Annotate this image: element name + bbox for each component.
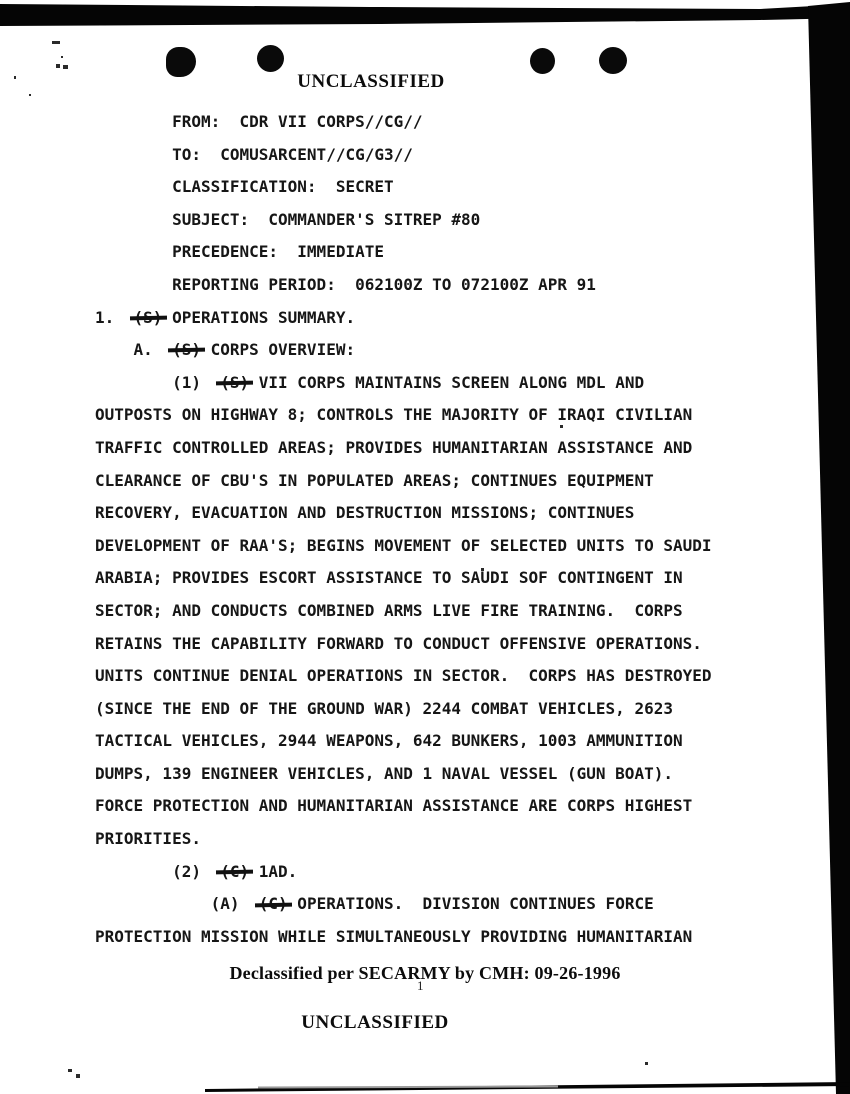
document-line: ARABIA; PROVIDES ESCORT ASSISTANCE TO SA…	[95, 562, 712, 595]
document-line: PRIORITIES.	[95, 823, 712, 856]
document-line: TO: COMUSARCENT//CG/G3//	[95, 139, 712, 172]
line-text: DEVELOPMENT OF RAA'S; BEGINS MOVEMENT OF…	[95, 536, 712, 555]
line-text: RETAINS THE CAPABILITY FORWARD TO CONDUC…	[95, 634, 702, 653]
scan-speckle	[63, 65, 68, 69]
document-line: TACTICAL VEHICLES, 2944 WEAPONS, 642 BUN…	[95, 725, 712, 758]
classification-marking: (C)	[259, 888, 288, 921]
classification-marking: (S)	[172, 334, 201, 367]
classification-marking: (S)	[220, 367, 249, 400]
scan-speckle	[61, 56, 63, 58]
line-text: (A)	[95, 894, 259, 913]
line-text: TACTICAL VEHICLES, 2944 WEAPONS, 642 BUN…	[95, 731, 683, 750]
line-text: 1AD.	[249, 862, 297, 881]
line-text: PRIORITIES.	[95, 829, 201, 848]
hole-punch-mark	[257, 45, 284, 72]
line-text: UNITS CONTINUE DENIAL OPERATIONS IN SECT…	[95, 666, 712, 685]
document-page: UNCLASSIFIED FROM: CDR VII CORPS//CG// T…	[0, 0, 850, 1094]
document-line: (A) (C) OPERATIONS. DIVISION CONTINUES F…	[95, 888, 712, 921]
line-text: (1)	[95, 373, 220, 392]
scan-edge-top	[0, 0, 850, 30]
bottom-classification-banner: UNCLASSIFIED	[0, 1012, 750, 1034]
document-line: 1. (S) OPERATIONS SUMMARY.	[95, 302, 712, 335]
line-text: FORCE PROTECTION AND HUMANITARIAN ASSIST…	[95, 796, 692, 815]
document-line: CLASSIFICATION: SECRET	[95, 171, 712, 204]
document-line: REPORTING PERIOD: 062100Z TO 072100Z APR…	[95, 269, 712, 302]
line-text: OUTPOSTS ON HIGHWAY 8; CONTROLS THE MAJO…	[95, 405, 692, 424]
line-text: SECTOR; AND CONDUCTS COMBINED ARMS LIVE …	[95, 601, 683, 620]
document-line: RECOVERY, EVACUATION AND DESTRUCTION MIS…	[95, 497, 712, 530]
line-text: CORPS OVERVIEW:	[201, 340, 355, 359]
line-text: TO: COMUSARCENT//CG/G3//	[95, 145, 413, 164]
line-text: CLASSIFICATION: SECRET	[95, 177, 394, 196]
line-text: ARABIA; PROVIDES ESCORT ASSISTANCE TO SA…	[95, 568, 683, 587]
line-text: SUBJECT: COMMANDER'S SITREP #80	[95, 210, 480, 229]
document-line: (1) (S) VII CORPS MAINTAINS SCREEN ALONG…	[95, 367, 712, 400]
declassification-stamp: Declassified per SECARMY by CMH: 09-26-1…	[0, 963, 850, 984]
document-line: SECTOR; AND CONDUCTS COMBINED ARMS LIVE …	[95, 595, 712, 628]
classification-marking: (C)	[220, 856, 249, 889]
classification-marking: (S)	[134, 302, 163, 335]
document-line: DEVELOPMENT OF RAA'S; BEGINS MOVEMENT OF…	[95, 530, 712, 563]
line-text: CLEARANCE OF CBU'S IN POPULATED AREAS; C…	[95, 471, 654, 490]
document-line: UNITS CONTINUE DENIAL OPERATIONS IN SECT…	[95, 660, 712, 693]
scan-speckle	[68, 1069, 72, 1072]
document-line: CLEARANCE OF CBU'S IN POPULATED AREAS; C…	[95, 465, 712, 498]
document-line: SUBJECT: COMMANDER'S SITREP #80	[95, 204, 712, 237]
line-text: 1.	[95, 308, 134, 327]
document-line: PROTECTION MISSION WHILE SIMULTANEOUSLY …	[95, 921, 712, 954]
document-line: (SINCE THE END OF THE GROUND WAR) 2244 C…	[95, 693, 712, 726]
line-text: VII CORPS MAINTAINS SCREEN ALONG MDL AND	[249, 373, 644, 392]
scan-speckle	[645, 1062, 648, 1065]
line-text: PRECEDENCE: IMMEDIATE	[95, 242, 384, 261]
line-text: (2)	[95, 862, 220, 881]
line-text: A.	[95, 340, 172, 359]
message-body: FROM: CDR VII CORPS//CG// TO: COMUSARCEN…	[95, 106, 712, 953]
line-text: TRAFFIC CONTROLLED AREAS; PROVIDES HUMAN…	[95, 438, 692, 457]
line-text: FROM: CDR VII CORPS//CG//	[95, 112, 423, 131]
scan-speckle	[76, 1074, 80, 1078]
document-line: FROM: CDR VII CORPS//CG//	[95, 106, 712, 139]
document-line: OUTPOSTS ON HIGHWAY 8; CONTROLS THE MAJO…	[95, 399, 712, 432]
line-text: RECOVERY, EVACUATION AND DESTRUCTION MIS…	[95, 503, 634, 522]
line-text: PROTECTION MISSION WHILE SIMULTANEOUSLY …	[95, 927, 692, 946]
line-text: OPERATIONS SUMMARY.	[162, 308, 355, 327]
hole-punch-mark	[599, 47, 627, 74]
line-text: REPORTING PERIOD: 062100Z TO 072100Z APR…	[95, 275, 596, 294]
document-line: (2) (C) 1AD.	[95, 856, 712, 889]
top-classification-banner: UNCLASSIFIED	[0, 71, 742, 93]
document-line: TRAFFIC CONTROLLED AREAS; PROVIDES HUMAN…	[95, 432, 712, 465]
document-line: RETAINS THE CAPABILITY FORWARD TO CONDUC…	[95, 628, 712, 661]
line-text: OPERATIONS. DIVISION CONTINUES FORCE	[288, 894, 654, 913]
document-line: PRECEDENCE: IMMEDIATE	[95, 236, 712, 269]
line-text: DUMPS, 139 ENGINEER VEHICLES, AND 1 NAVA…	[95, 764, 673, 783]
document-line: DUMPS, 139 ENGINEER VEHICLES, AND 1 NAVA…	[95, 758, 712, 791]
document-line: A. (S) CORPS OVERVIEW:	[95, 334, 712, 367]
scan-speckle	[29, 94, 31, 96]
document-line: FORCE PROTECTION AND HUMANITARIAN ASSIST…	[95, 790, 712, 823]
scan-speckle	[56, 64, 60, 68]
line-text: (SINCE THE END OF THE GROUND WAR) 2244 C…	[95, 699, 673, 718]
scan-speckle	[52, 41, 60, 44]
